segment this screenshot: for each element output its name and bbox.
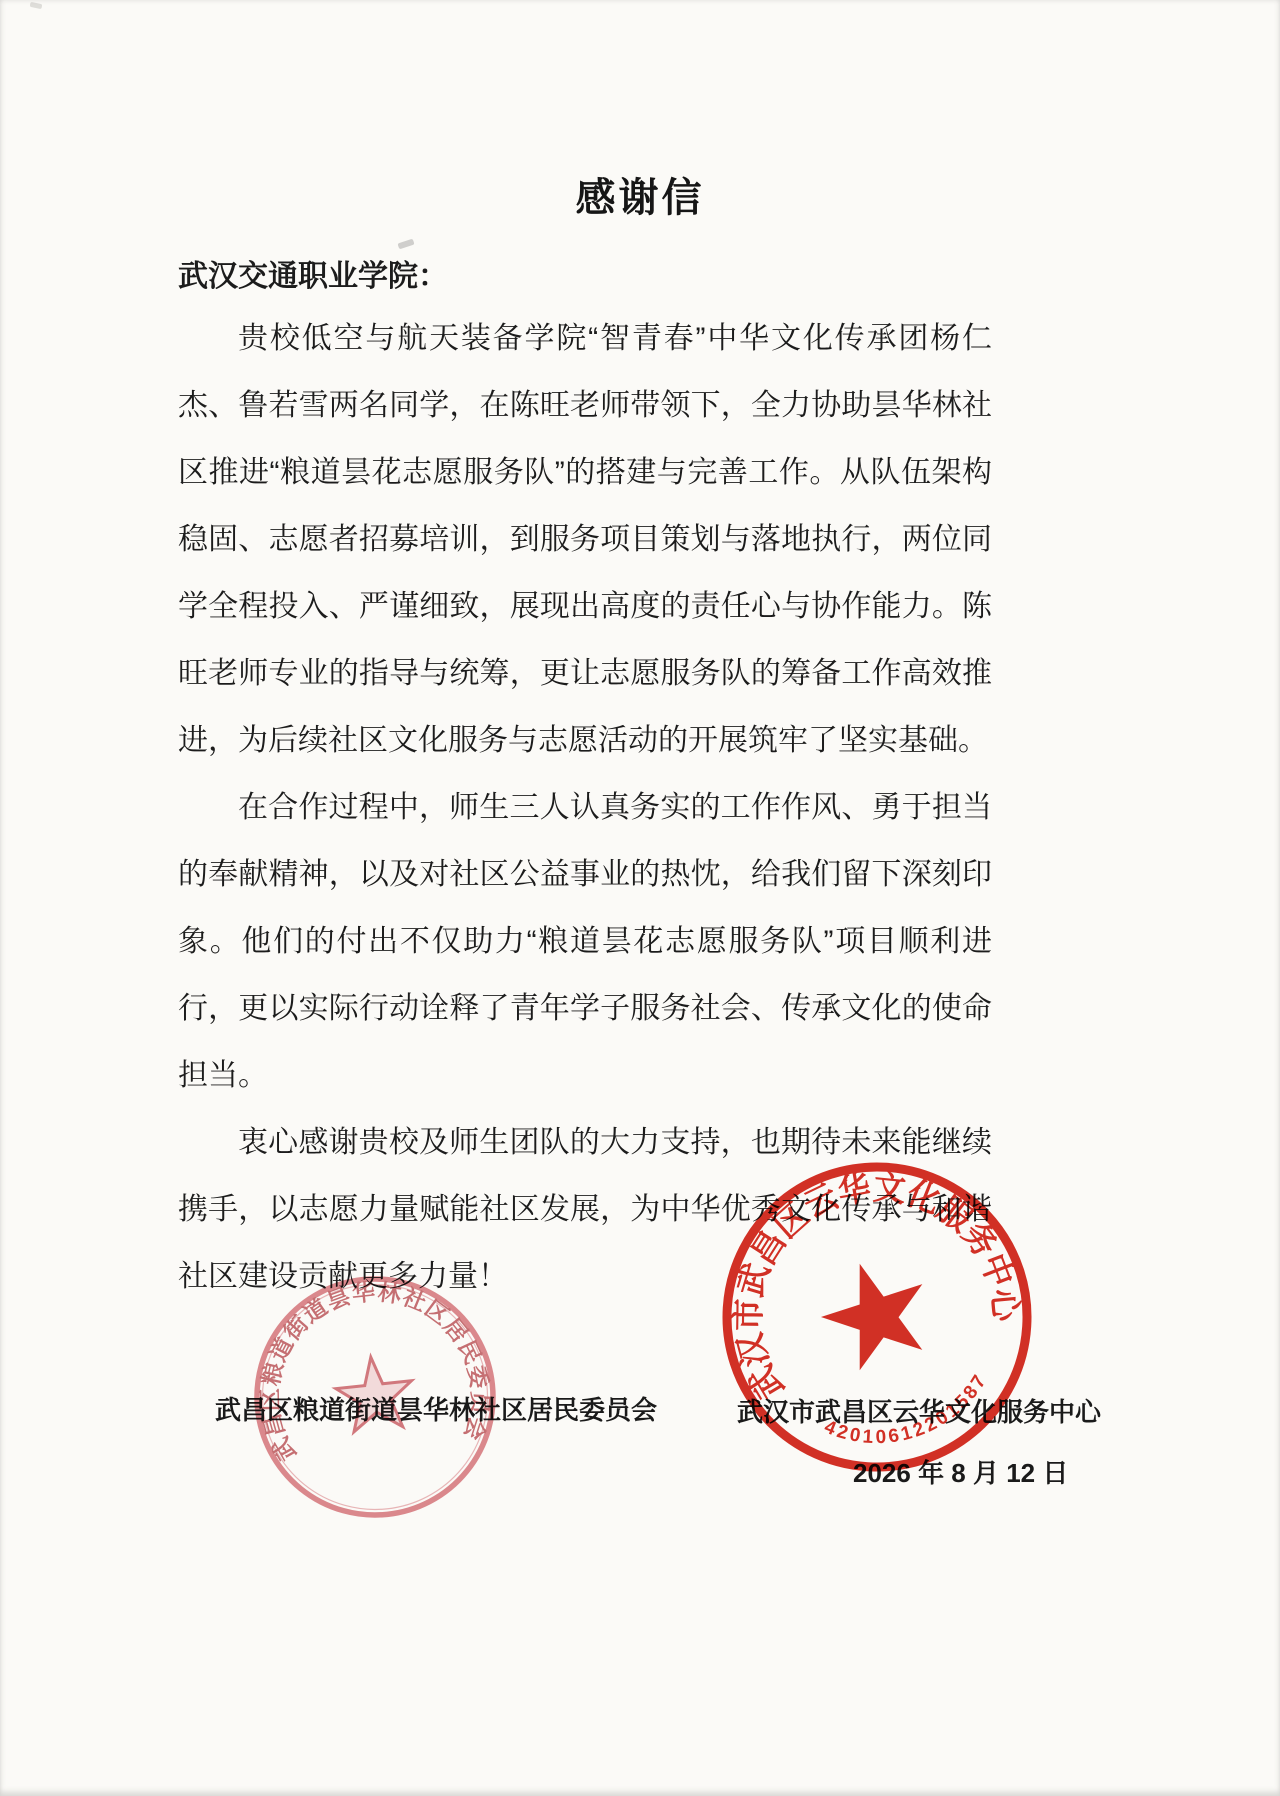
right-official-seal-icon: 武汉市武昌区云华文化服务中心 42010612201587 [710,1150,1044,1484]
letter-salutation: 武汉交通职业学院： [178,251,1280,295]
scanned-letter-page: 感谢信 武汉交通职业学院： 贵校低空与航天装备学院“智青春”中华文化传承团杨仁杰… [0,0,1280,1796]
paragraph-1: 贵校低空与航天装备学院“智青春”中华文化传承团杨仁杰、鲁若雪两名同学，在陈旺老师… [178,305,992,774]
left-seal-star-icon [333,1353,416,1433]
left-official-seal-icon: 武昌区粮道街道昙华林社区居民委员会 [246,1268,504,1526]
letter-title: 感谢信 [0,0,1280,223]
right-seal-star-icon [809,1247,942,1376]
svg-text:42010612201587: 42010612201587 [816,1365,1003,1469]
right-seal-serial: 42010612201587 [816,1365,1003,1469]
scan-artifact [397,239,414,250]
paragraph-2: 在合作过程中，师生三人认真务实的工作作风、勇于担当的奉献精神，以及对社区公益事业… [178,774,992,1109]
